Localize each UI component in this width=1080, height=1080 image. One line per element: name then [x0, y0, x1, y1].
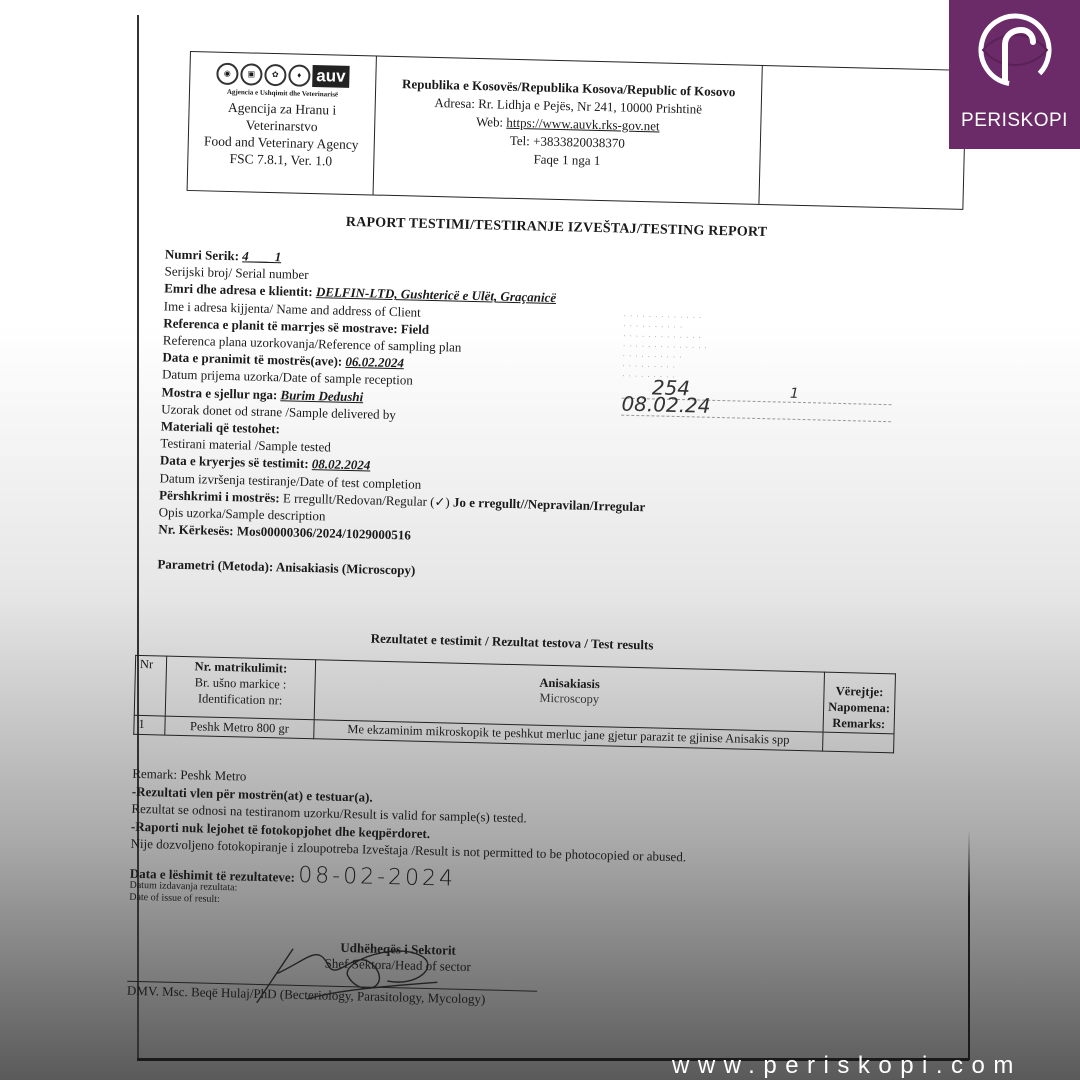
emblem-icon: ◉	[216, 63, 239, 86]
remarks-line: Napomena:	[828, 699, 890, 717]
completion-date: 08.02.2024	[312, 457, 371, 473]
remarks-line: Vërejtje:	[828, 683, 890, 701]
emblem-icon: ✿	[264, 64, 287, 87]
delivered-by: Burim Dedushi	[280, 387, 363, 404]
stamp-date: 08.02.24	[621, 392, 711, 418]
web-link[interactable]: https://www.auvk.rks-gov.net	[506, 115, 660, 134]
row-identification: Peshk Metro 800 gr	[165, 716, 314, 739]
row-remarks	[823, 732, 894, 753]
contact-block: Republika e Kosovës/Republika Kosova/Rep…	[374, 57, 763, 204]
signature-icon	[247, 928, 449, 1013]
completion-label: Data e kryerjes së testimit:	[160, 453, 312, 472]
regular-checkmark: (✓)	[430, 494, 450, 509]
report-notes: Remark: Peshk Metro -Rezultati vlen për …	[130, 765, 688, 866]
header-remarks: Vërejtje: Napomena: Remarks:	[823, 672, 895, 734]
issue-date-handwritten: 08-02-2024	[298, 863, 456, 892]
header-nr: Nr	[134, 655, 166, 716]
client-label: Emri dhe adresa e klientit:	[164, 281, 316, 300]
website-url[interactable]: www.periskopi.com	[672, 1052, 1022, 1080]
reception-stamp: · · · · · · · · · · · · · · · · · · · · …	[620, 312, 894, 469]
signature-block: Udhëheqës i Sektorit Shef Sektora/Head o…	[127, 935, 538, 1009]
report-fields: Numri Serik: 4____1 Serijski broj/ Seria…	[157, 245, 651, 584]
delivered-label: Mostra e sjellur nga:	[161, 384, 280, 402]
document-header: ◉ ▣ ✿ ♦ auv Agjencia e Ushqimit dhe Vete…	[187, 51, 967, 210]
emblem-icon: ▣	[240, 63, 263, 86]
agency-logo: ◉ ▣ ✿ ♦ auv	[190, 62, 375, 89]
header-empty-cell	[759, 66, 965, 209]
web-label: Web:	[476, 114, 507, 130]
page-edge-right	[968, 830, 970, 1060]
periskopi-badge: PERISKOPI	[949, 0, 1080, 149]
results-title: Rezultatet e testimit / Rezultat testova…	[370, 631, 653, 654]
serial-label: Numri Serik:	[165, 246, 243, 263]
periskopi-logo-icon	[975, 10, 1055, 100]
remarks-line: Remarks:	[828, 715, 890, 733]
header-id-line: Identification nr:	[170, 690, 310, 709]
serial-value: 4____1	[242, 248, 281, 264]
agency-block: ◉ ▣ ✿ ♦ auv Agjencia e Ushqimit dhe Vete…	[188, 52, 377, 195]
description-regular: E rregullt/Redovan/Regular	[283, 490, 427, 509]
brand-name: PERISKOPI	[949, 110, 1080, 132]
reception-date: 06.02.2024	[345, 354, 404, 370]
testing-report-document: ◉ ▣ ✿ ♦ auv Agjencia e Ushqimit dhe Vete…	[126, 50, 960, 1069]
header-identification: Nr. matrikulimit: Br. ušno markice : Ide…	[165, 656, 315, 720]
results-table: Nr Nr. matrikulimit: Br. ušno markice : …	[133, 655, 896, 754]
issue-date-block: Data e lëshimit të rezultateve: 08-02-20…	[129, 865, 456, 912]
description-label: Përshkrimi i mostrës:	[159, 487, 283, 505]
description-irregular: Jo e rregullt//Nepravilan/Irregular	[450, 494, 646, 514]
row-nr: 1	[134, 715, 165, 735]
report-title: RAPORT TESTIMI/TESTIRANJE IZVEŠTAJ/TESTI…	[346, 215, 768, 241]
emblem-icon: ♦	[288, 64, 311, 87]
auv-logo: auv	[312, 65, 350, 88]
